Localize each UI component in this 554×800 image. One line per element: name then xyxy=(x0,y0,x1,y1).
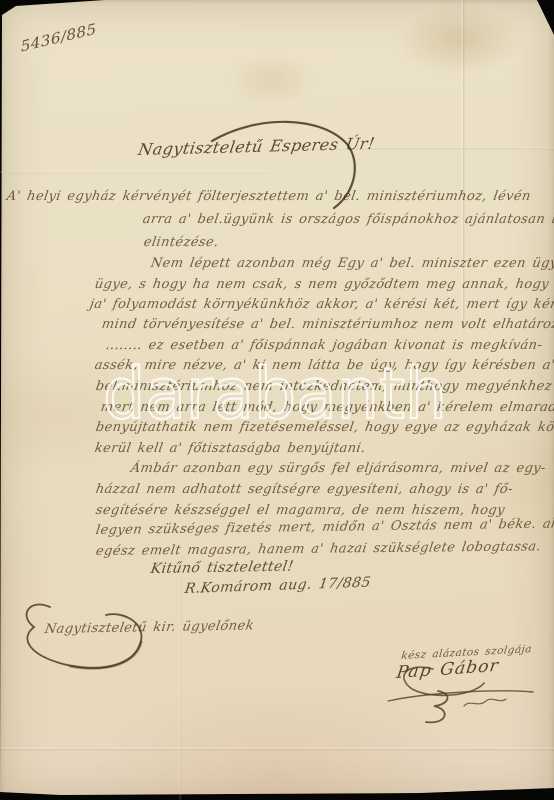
handwriting-line: Nem lépett azonban még Egy a' bel. minis… xyxy=(150,256,554,271)
watermark: darabanth xyxy=(101,360,471,444)
handwriting-line: A' helyi egyház kérvényét fölterjesztett… xyxy=(6,189,532,204)
watermark-text: darabanth xyxy=(103,360,447,435)
addressee-line: Nagytiszteletű kir. ügyelőnek xyxy=(44,618,256,637)
reference-number: 5436/885 xyxy=(20,20,97,56)
handwriting-line: ........ ez esetben a' főispánnak jogába… xyxy=(105,338,544,353)
handwriting-line: ügye, s hogy ha nem csak, s nem győződte… xyxy=(94,277,554,292)
handwriting-line: ja' folyamodást környékünkhöz akkor, a' … xyxy=(89,297,554,312)
handwriting-line: egész emelt magasra, hanem a' hazai szük… xyxy=(95,539,542,559)
handwriting-line: mind törvényesítése a' bel. minisztérium… xyxy=(101,317,554,332)
salutation: Nagytiszteletű Esperes Úr! xyxy=(137,134,377,159)
handwriting-line: házzal nem adhatott segítségre egyesíten… xyxy=(95,482,514,497)
dateline: R.Komárom aug. 17/885 xyxy=(184,575,372,597)
handwriting-line: elintézése. xyxy=(143,235,220,250)
letter-photo: 5436/885 Nagytiszteletű Esperes Úr! A' h… xyxy=(0,0,554,800)
handwriting-line: segítésére készséggel el magamra, de nem… xyxy=(95,503,506,518)
handwriting-line: Ámbár azonban egy sürgős fel eljárásomra… xyxy=(130,461,547,476)
handwriting-line: arra a' bel.ügyünk is országos főispánok… xyxy=(142,212,554,227)
closing-line: Kitűnő tisztelettel! xyxy=(149,559,294,577)
handwriting-line: legyen szükséges fizetés mert, midőn a' … xyxy=(95,516,554,538)
